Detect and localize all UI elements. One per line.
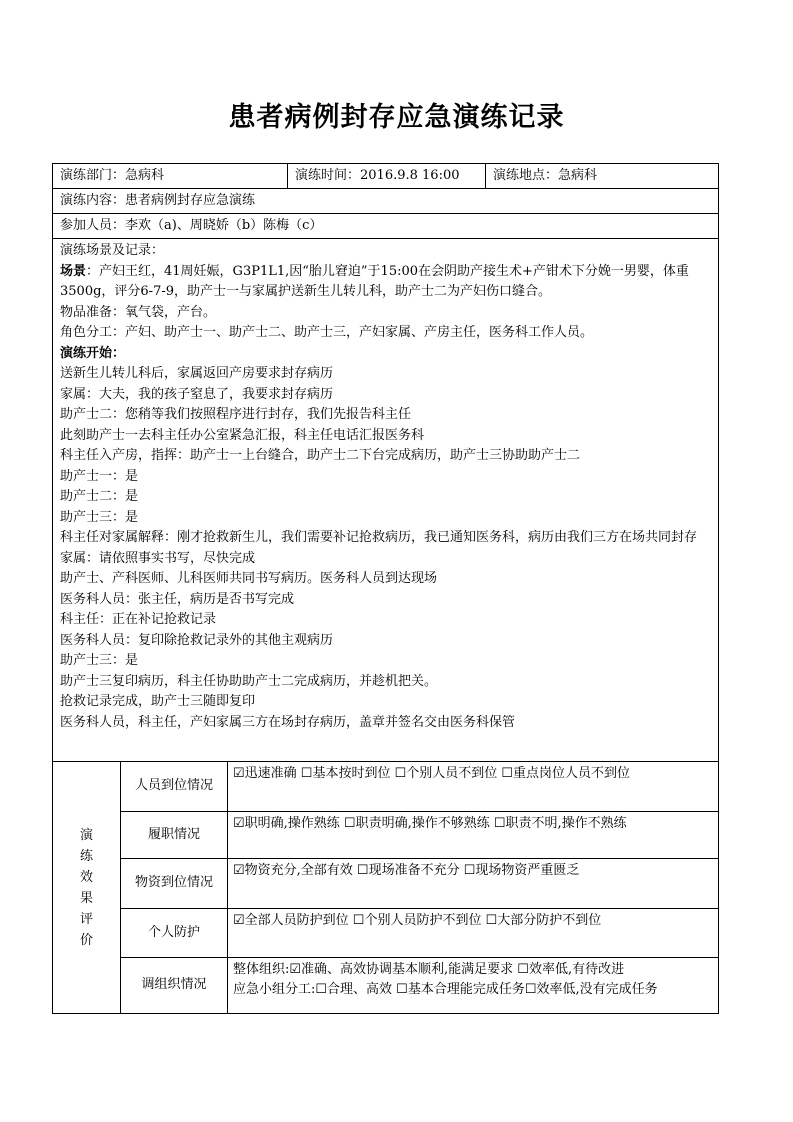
record-heading: 演练场景及记录： — [60, 241, 711, 262]
record-line: 医务科人员，科主任，产妇家属三方在场封存病历，盖章并签名交由医务科保管 — [60, 713, 711, 734]
header-row-2: 演练内容：患者病例封存应急演练 — [53, 189, 719, 214]
eval-label: 调组织情况 — [121, 958, 228, 1014]
time-cell: 演练时间：2016.9.8 16:00 — [288, 164, 486, 189]
side-char: 练 — [53, 846, 120, 867]
side-char: 评 — [53, 909, 120, 930]
checkbox-options-line: ☑迅速准确 ☐基本按时到位 ☐个别人员不到位 ☐重点岗位人员不到位 — [233, 764, 713, 784]
record-line: 科主任对家属解释：刚才抢救新生儿，我们需要补记抢救病历，我已通知医务科，病历由我… — [60, 528, 711, 549]
content-cell: 演练内容：患者病例封存应急演练 — [53, 189, 719, 214]
record-line: 助产士三复印病历，科主任协助助产士二完成病历，并趁机把关。 — [60, 672, 711, 693]
materials-line: 物品准备：氧气袋，产台。 — [60, 303, 711, 324]
document-title: 患者病例封存应急演练记录 — [0, 100, 793, 136]
eval-options: ☑职明确,操作熟练 ☐职责明确,操作不够熟练 ☐职责不明,操作不熟练 — [228, 812, 719, 859]
start-heading: 演练开始： — [60, 344, 711, 365]
header-row-3: 参加人员：李欢（a)、周晓娇（b）陈梅（c） — [53, 214, 719, 239]
eval-options: 整体组织:☑准确、高效协调基本顺利,能满足要求 ☐效率低,有待改进 应急小组分工… — [228, 958, 719, 1014]
record-line: 医务科人员：复印除抢救记录外的其他主观病历 — [60, 631, 711, 652]
checkbox-options-line: ☑职明确,操作熟练 ☐职责明确,操作不够熟练 ☐职责不明,操作不熟练 — [233, 814, 713, 834]
eval-label: 个人防护 — [121, 909, 228, 958]
eval-row-organization: 调组织情况 整体组织:☑准确、高效协调基本顺利,能满足要求 ☐效率低,有待改进 … — [53, 958, 719, 1014]
record-line: 助产士三：是 — [60, 651, 711, 672]
checkbox-options-line: 整体组织:☑准确、高效协调基本顺利,能满足要求 ☐效率低,有待改进 — [233, 960, 713, 980]
record-line: 助产士、产科医师、儿科医师共同书写病历。医务科人员到达现场 — [60, 569, 711, 590]
eval-label: 人员到位情况 — [121, 762, 228, 812]
participants-cell: 参加人员：李欢（a)、周晓娇（b）陈梅（c） — [53, 214, 719, 239]
scene-text: ：产妇王红，41周妊娠，G3P1L1,因“胎儿窘迫”于15:00在会阴助产接生术… — [60, 264, 689, 300]
checkbox-options-line: 应急小组分工:☐合理、高效 ☐基本合理能完成任务☐效率低,没有完成任务 — [233, 980, 713, 1000]
header-row-1: 演练部门：急病科 演练时间：2016.9.8 16:00 演练地点：急病科 — [53, 164, 719, 189]
record-line: 科主任入产房，指挥：助产士一上台缝合，助产士二下台完成病历，助产士三协助助产士二 — [60, 446, 711, 467]
eval-label: 履职情况 — [121, 812, 228, 859]
eval-row-duty: 履职情况 ☑职明确,操作熟练 ☐职责明确,操作不够熟练 ☐职责不明,操作不熟练 — [53, 812, 719, 859]
record-line: 家属：请依照事实书写，尽快完成 — [60, 549, 711, 570]
eval-row-materials: 物资到位情况 ☑物资充分,全部有效 ☐现场准备不充分 ☐现场物资严重匮乏 — [53, 859, 719, 909]
record-line: 助产士三：是 — [60, 508, 711, 529]
scene-label: 场景 — [60, 264, 86, 279]
eval-options: ☑全部人员防护到位 ☐个别人员防护不到位 ☐大部分防护不到位 — [228, 909, 719, 958]
record-line: 抢救记录完成，助产士三随即复印 — [60, 692, 711, 713]
location-cell: 演练地点：急病科 — [486, 164, 719, 189]
side-char: 价 — [53, 930, 120, 951]
record-line: 此刻助产士一去科主任办公室紧急汇报，科主任电话汇报医务科 — [60, 426, 711, 447]
scene-record-cell: 演练场景及记录： 场景：产妇王红，41周妊娠，G3P1L1,因“胎儿窘迫”于15… — [53, 239, 719, 762]
eval-options: ☑迅速准确 ☐基本按时到位 ☐个别人员不到位 ☐重点岗位人员不到位 — [228, 762, 719, 812]
record-line: 科主任：正在补记抢救记录 — [60, 610, 711, 631]
scene-paragraph: 场景：产妇王红，41周妊娠，G3P1L1,因“胎儿窘迫”于15:00在会阴助产接… — [60, 262, 711, 303]
side-char: 演 — [53, 825, 120, 846]
record-line: 医务科人员：张主任，病历是否书写完成 — [60, 590, 711, 611]
start-label: 演练开始： — [60, 346, 125, 361]
side-char: 果 — [53, 888, 120, 909]
record-line: 助产士二：您稍等我们按照程序进行封存，我们先报告科主任 — [60, 405, 711, 426]
record-line: 助产士二：是 — [60, 487, 711, 508]
evaluation-side-label: 演 练 效 果 评 价 — [53, 762, 121, 1014]
record-row: 演练场景及记录： 场景：产妇王红，41周妊娠，G3P1L1,因“胎儿窘迫”于15… — [53, 239, 719, 762]
record-line: 送新生儿转儿科后，家属返回产房要求封存病历 — [60, 364, 711, 385]
record-line: 助产士一：是 — [60, 467, 711, 488]
department-cell: 演练部门：急病科 — [53, 164, 288, 189]
side-char: 效 — [53, 867, 120, 888]
eval-label: 物资到位情况 — [121, 859, 228, 909]
checkbox-options-line: ☑全部人员防护到位 ☐个别人员防护不到位 ☐大部分防护不到位 — [233, 911, 713, 931]
eval-row-staffing: 演 练 效 果 评 价 人员到位情况 ☑迅速准确 ☐基本按时到位 ☐个别人员不到… — [53, 762, 719, 812]
checkbox-options-line: ☑物资充分,全部有效 ☐现场准备不充分 ☐现场物资严重匮乏 — [233, 861, 713, 881]
roles-line: 角色分工：产妇、助产士一、助产士二、助产士三，产妇家属、产房主任，医务科工作人员… — [60, 323, 711, 344]
eval-options: ☑物资充分,全部有效 ☐现场准备不充分 ☐现场物资严重匮乏 — [228, 859, 719, 909]
record-line: 家属：大夫，我的孩子窒息了，我要求封存病历 — [60, 385, 711, 406]
eval-row-protection: 个人防护 ☑全部人员防护到位 ☐个别人员防护不到位 ☐大部分防护不到位 — [53, 909, 719, 958]
drill-record-table: 演练部门：急病科 演练时间：2016.9.8 16:00 演练地点：急病科 演练… — [52, 163, 719, 1014]
